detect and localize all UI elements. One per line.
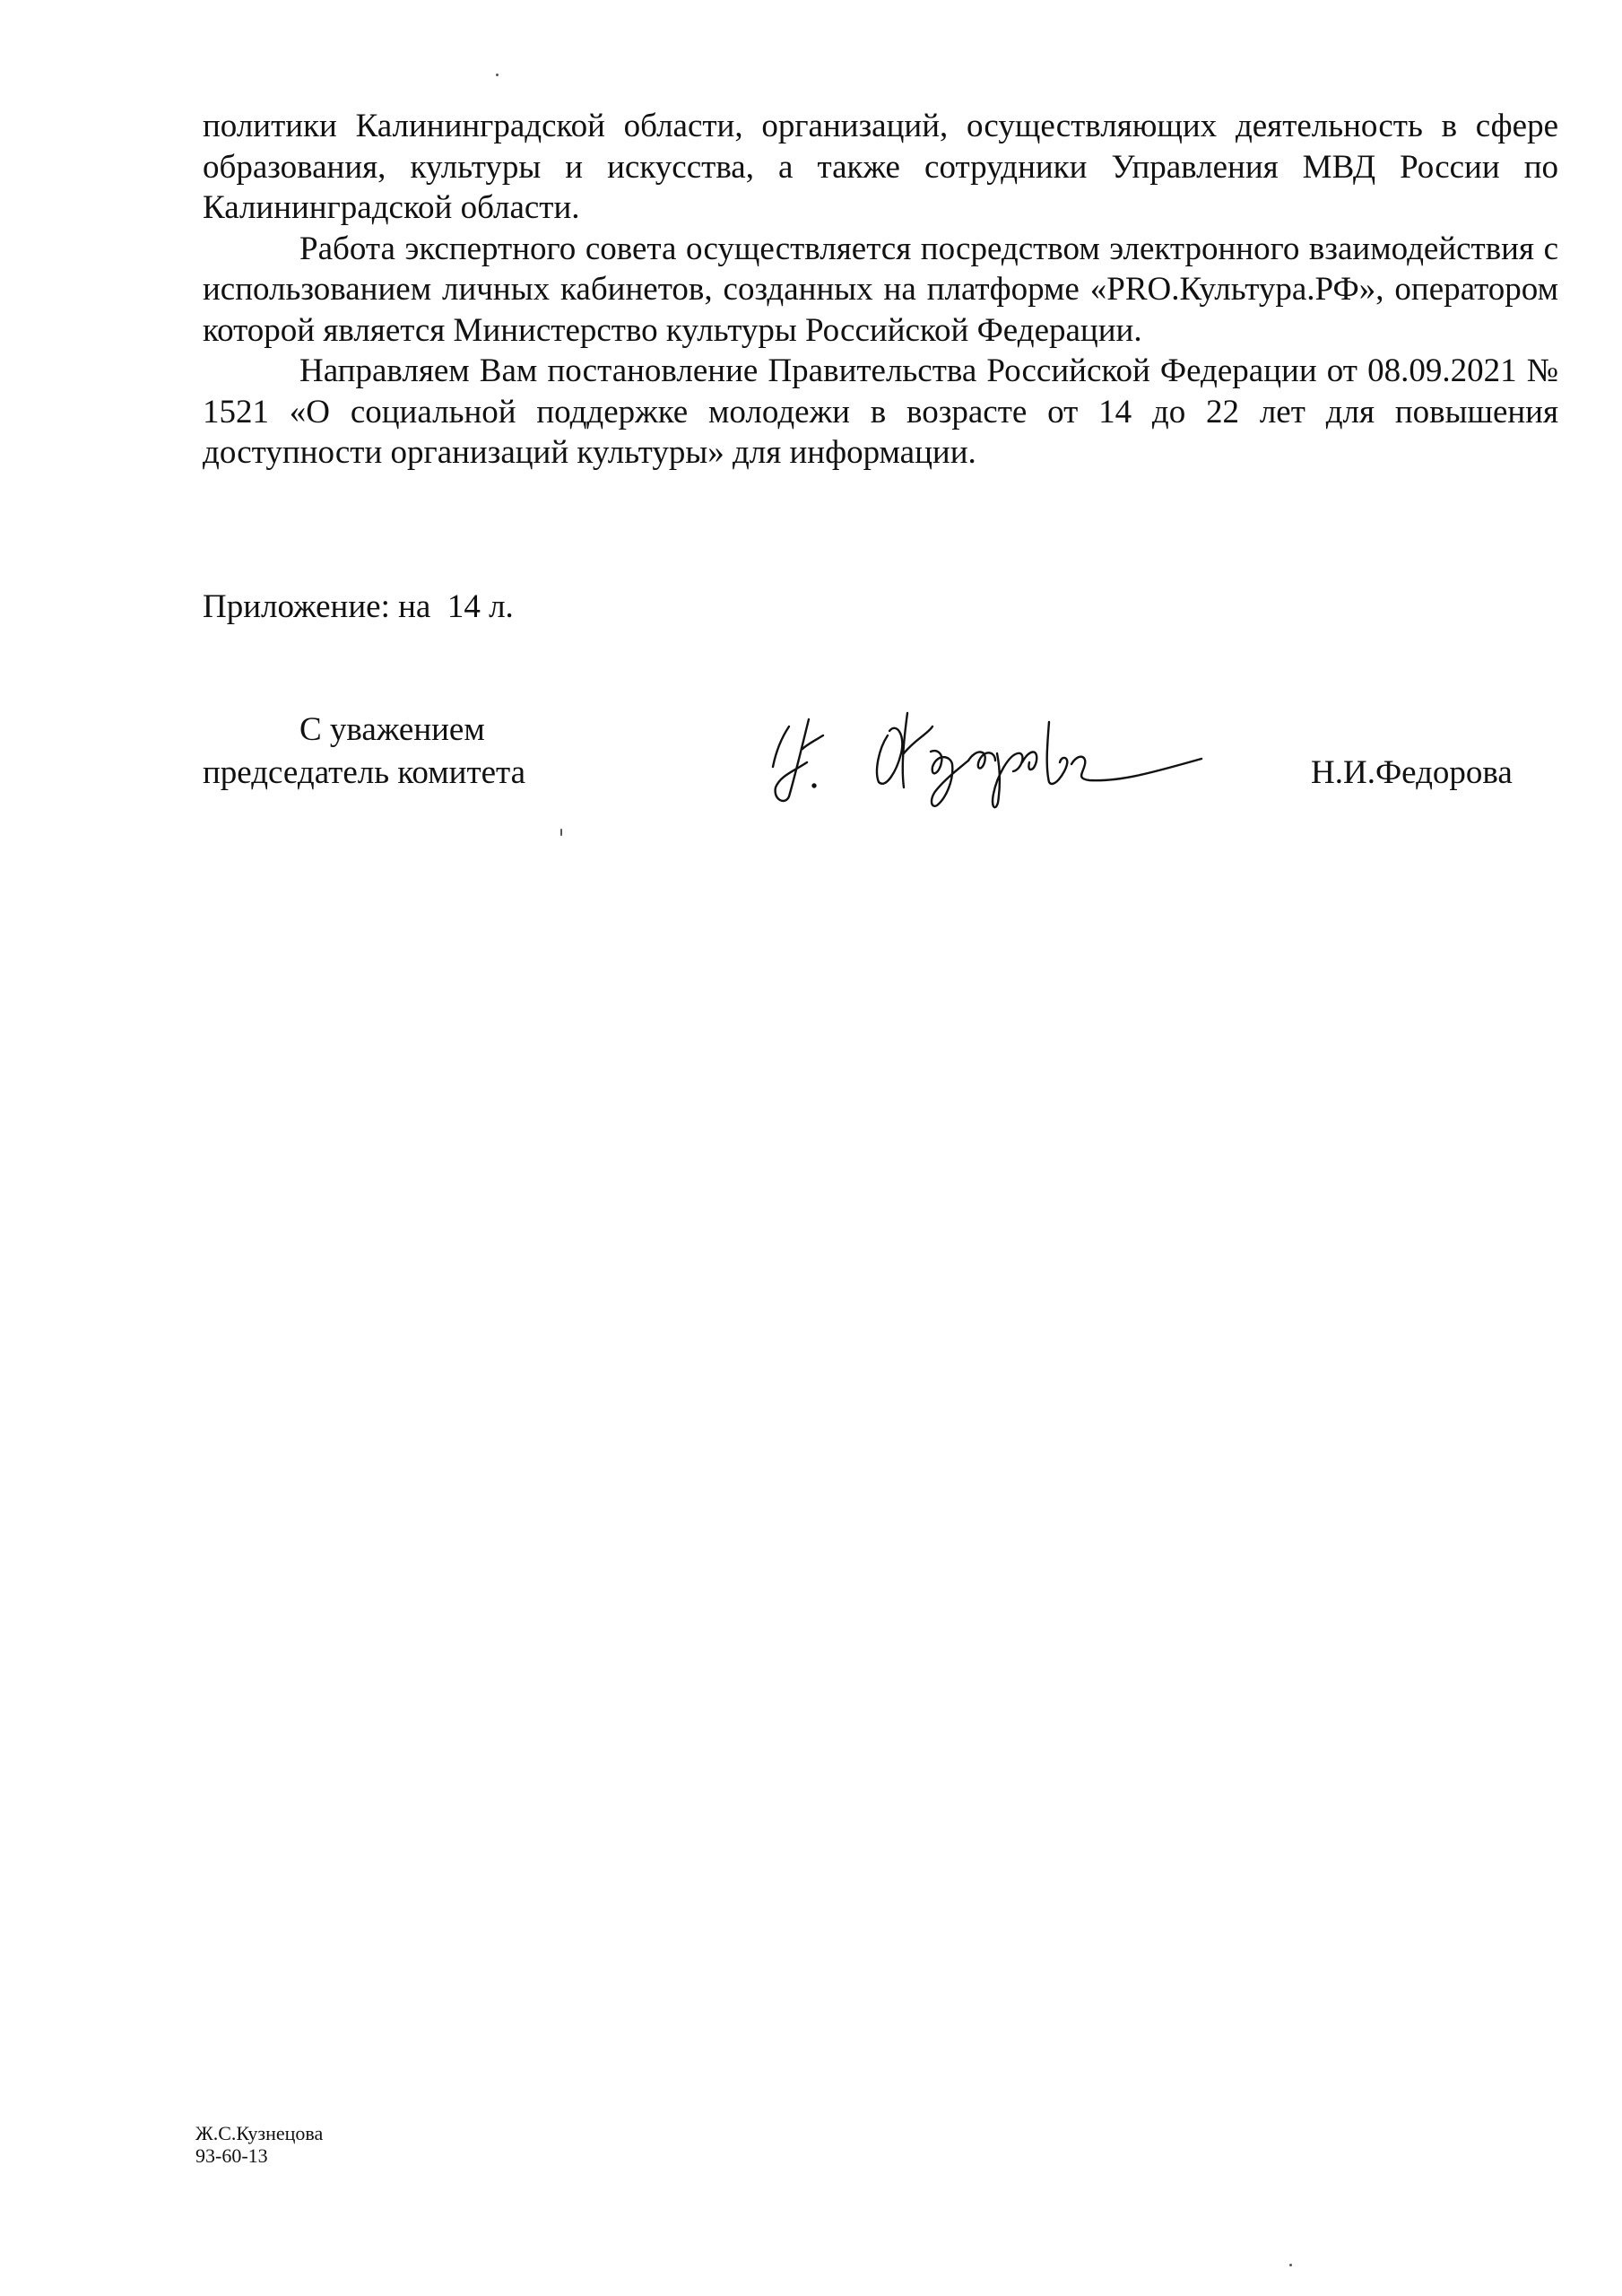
signer-name: Н.И.Федорова (1311, 752, 1513, 795)
signature-image (753, 700, 1237, 816)
executor-footer: Ж.С.Кузнецова 93-60-13 (195, 2122, 323, 2167)
signer-position: председатель комитета (203, 752, 525, 795)
attachment-note: Приложение: на 14 л. (203, 587, 514, 628)
scan-artifact (496, 74, 499, 76)
scan-artifact (1289, 2264, 1292, 2266)
letter-body: политики Калининградской области, органи… (203, 106, 1558, 474)
paragraph-expert-council: Работа экспертного совета осуществляется… (203, 229, 1558, 352)
closing-greeting: С уважением (203, 709, 525, 752)
paragraph-continuation: политики Калининградской области, органи… (203, 106, 1558, 229)
scan-artifact (560, 829, 562, 836)
document-page: политики Калининградской области, органи… (0, 0, 1622, 2296)
closing-block: С уважением председатель комитета (203, 709, 525, 795)
executor-phone: 93-60-13 (195, 2144, 323, 2167)
paragraph-government-decree: Направляем Вам постановление Правительст… (203, 351, 1558, 474)
executor-name: Ж.С.Кузнецова (195, 2122, 323, 2144)
